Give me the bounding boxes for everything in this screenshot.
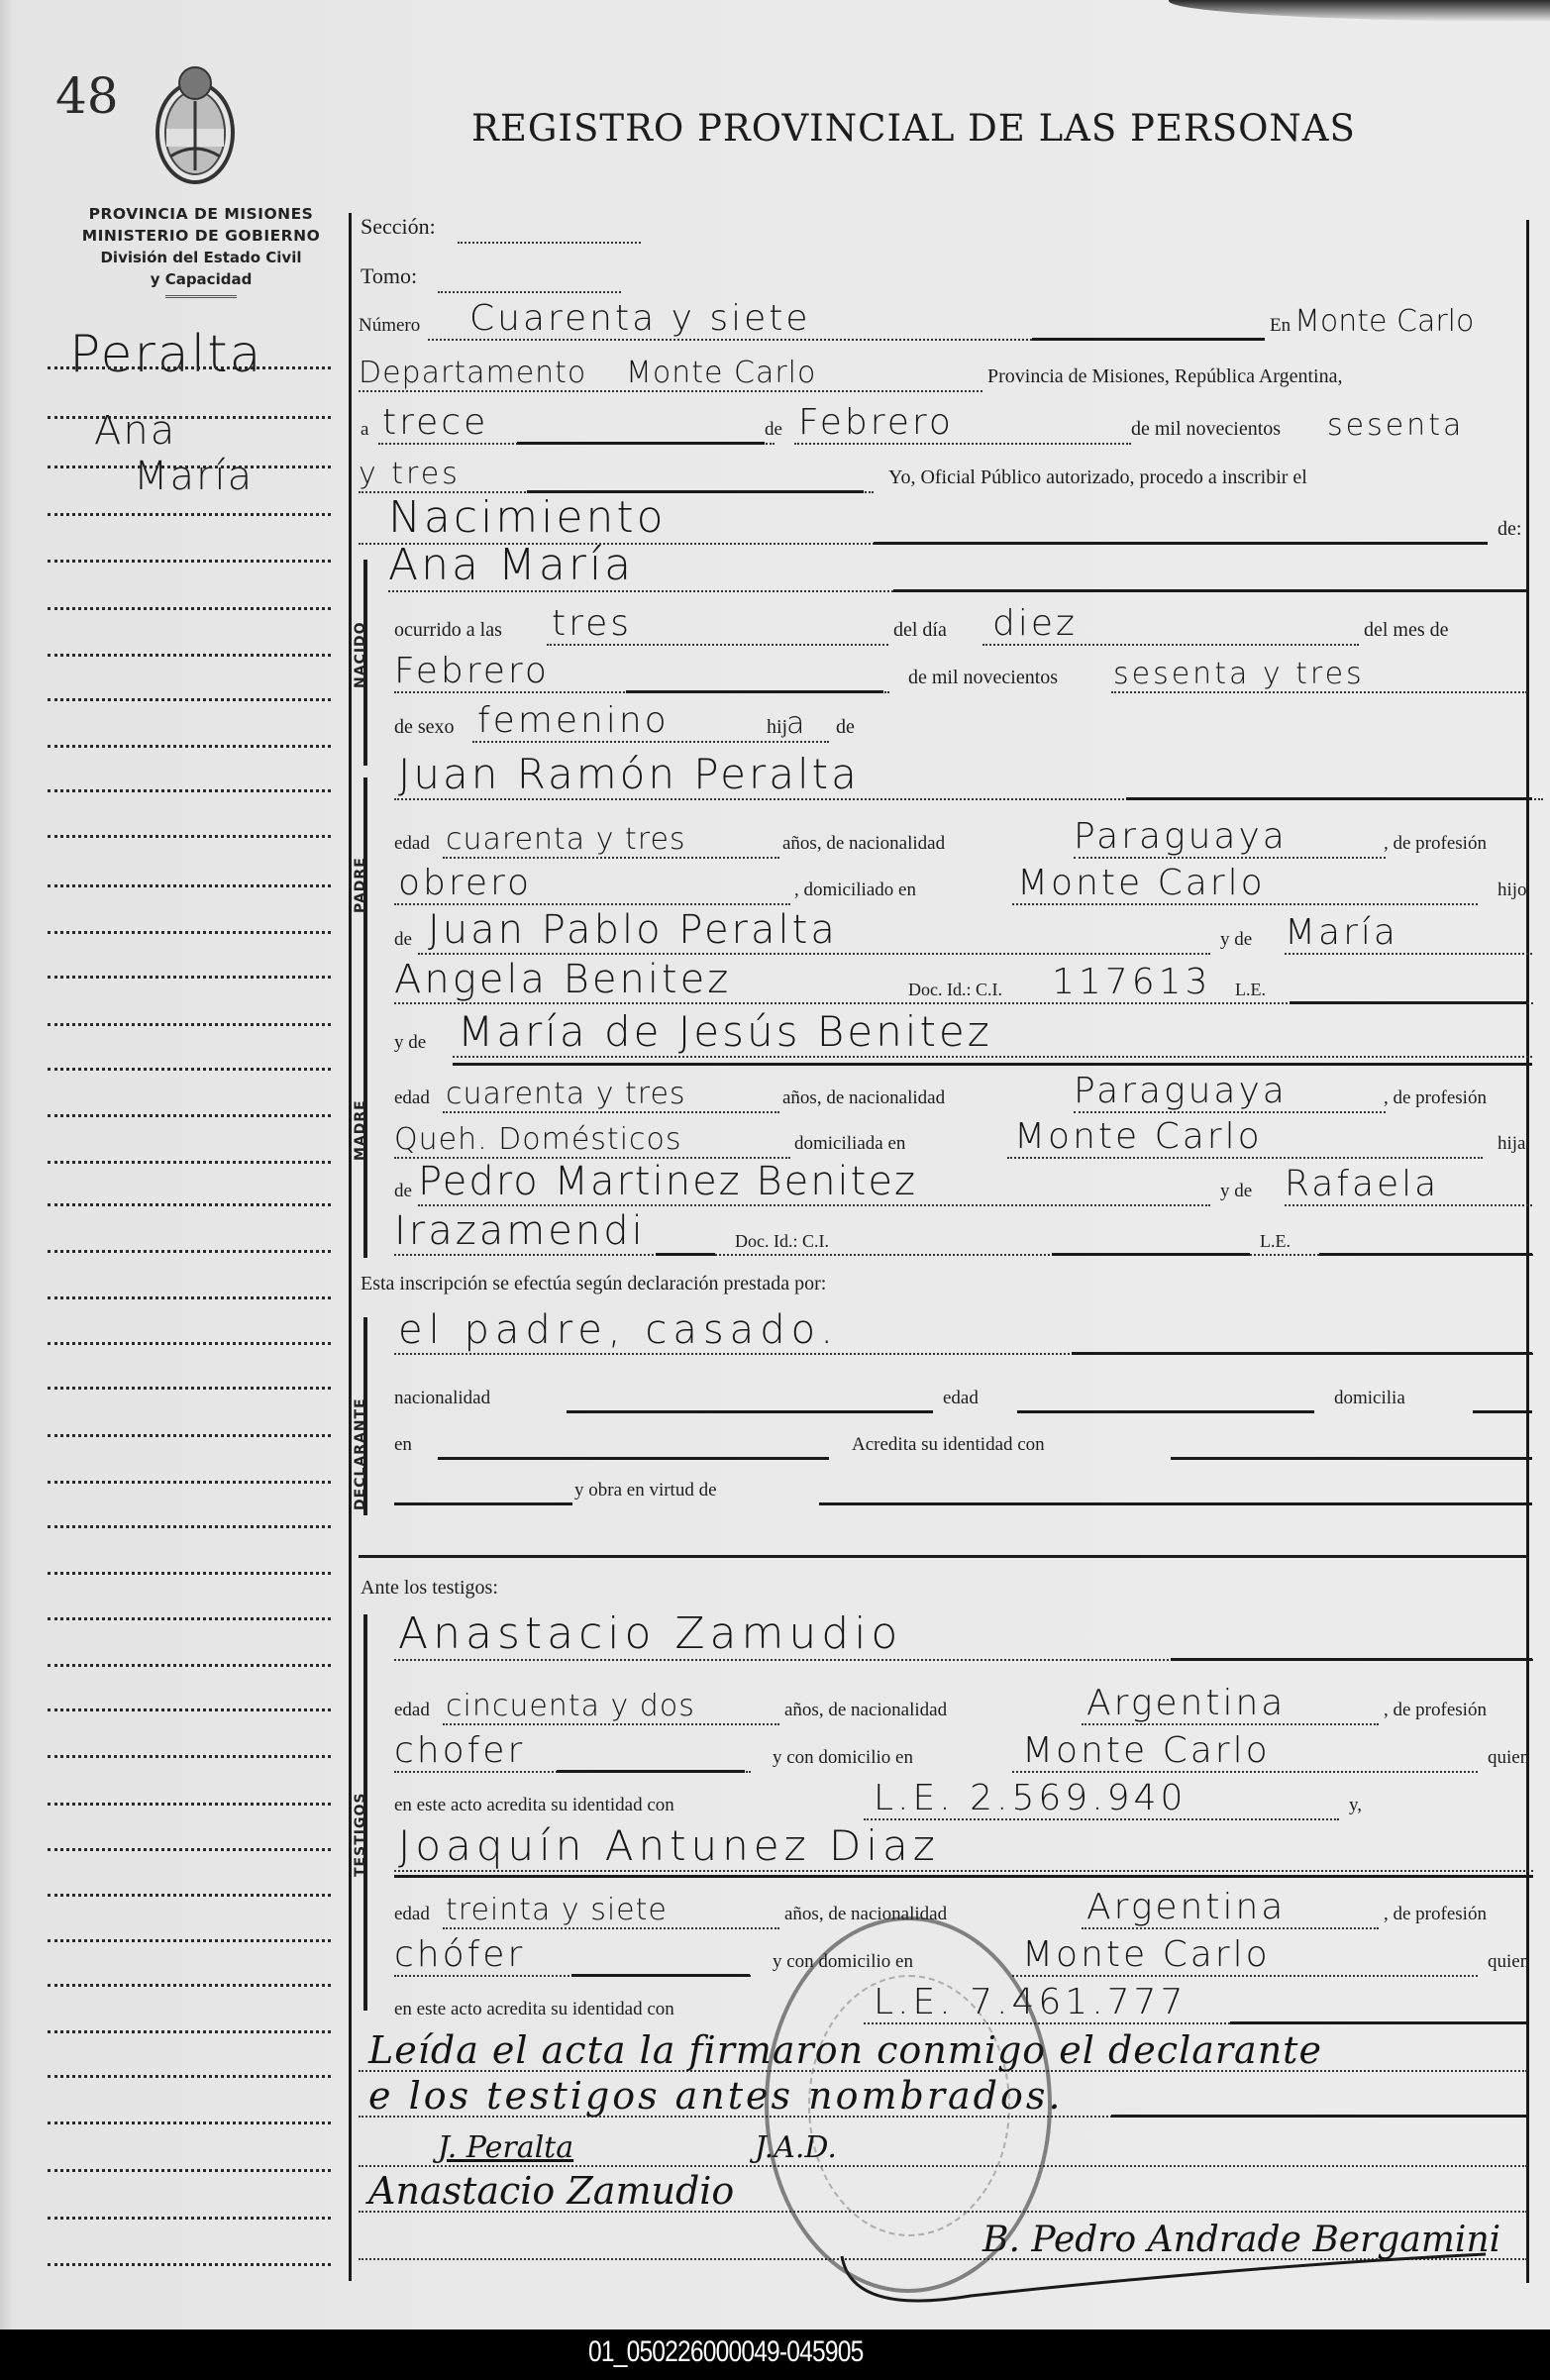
sexo-dotline — [472, 741, 829, 743]
testigo1-domicilio-label: y con domicilio en — [773, 1747, 913, 1769]
tomo-label: Tomo: — [361, 263, 417, 289]
margin-dotted-line — [48, 366, 331, 369]
margin-dotted-line — [48, 745, 331, 748]
padre-domicilio-dotline — [1012, 903, 1478, 905]
agency-underline — [165, 295, 237, 298]
civil-registry-page: 48 REGISTRO PROVINCIAL DE LAS PERSONAS P… — [0, 0, 1550, 2329]
abuelo-paterno-dotline — [418, 953, 1210, 955]
a-label: a — [361, 419, 368, 441]
mes-registro-dotline — [794, 443, 1131, 445]
margin-dotted-line — [48, 1481, 331, 1484]
declarante-obra-field[interactable] — [819, 1502, 1532, 1505]
agency-division: División del Estado Civil — [57, 247, 345, 268]
madre-doc-label: Doc. Id.: C.I. — [735, 1231, 829, 1252]
agency-province: PROVINCIA DE MISIONES — [57, 203, 345, 225]
margin-dotted-line — [48, 789, 331, 792]
nacido-nombre-underline — [893, 589, 1527, 592]
acto-value: Nacimiento — [388, 492, 667, 543]
scan-footer-bar: 01_050226000049-045905 — [0, 2329, 1550, 2380]
padre-nombre-row: Juan Ramón Peralta — [359, 751, 1524, 802]
margin-dotted-line — [48, 2169, 331, 2172]
margin-dotted-line — [48, 2217, 331, 2220]
padre-edad-dotline — [443, 857, 779, 859]
margin-dotted-line — [48, 1803, 331, 1806]
scan-image-id: 01_050226000049-045905 — [588, 2335, 863, 2369]
testigo2-doc-underline — [1230, 2021, 1527, 2024]
margin-given-name-1: Ana — [94, 408, 176, 454]
numero-underline — [1032, 338, 1265, 341]
numero-label: Número — [359, 315, 420, 337]
madre-edad-label: edad — [394, 1087, 430, 1109]
madre-nombre: María de Jesús Benitez — [458, 1007, 992, 1056]
margin-dotted-line — [48, 466, 331, 468]
testigo1-nac-dotline — [1082, 1723, 1379, 1725]
declarante-en-row: en Acredita su identidad con — [359, 1418, 1524, 1462]
abuela-materna-2: Irazamendi — [394, 1208, 646, 1254]
margin-dotted-line — [48, 698, 331, 701]
madre-edad-row: edad cuarenta y tres años, de nacionalid… — [359, 1072, 1524, 1115]
hij-label: hij — [767, 716, 787, 739]
margin-dotted-line — [48, 1068, 331, 1071]
testigo1-profesion-label: , de profesión — [1384, 1700, 1487, 1721]
madre-edad-value: cuarenta y tres — [446, 1077, 686, 1111]
nacido-nombre: Ana María — [388, 540, 634, 590]
padre-edad-row: edad cuarenta y tres años, de nacionalid… — [359, 817, 1524, 861]
margin-dotted-line — [48, 1203, 331, 1206]
declarante-domicilia-label: domicilia — [1334, 1388, 1405, 1409]
hora-row: ocurrido a las tres del día diez del mes… — [359, 604, 1524, 648]
margin-dotted-line — [48, 976, 331, 979]
testigo2-profesion-underline — [571, 1974, 750, 1977]
agency-capacity: y Capacidad — [57, 268, 345, 290]
madre-y-de-label: y de — [394, 1032, 426, 1054]
testigo2-nac-dotline — [1082, 1927, 1379, 1929]
testigo2-nacionalidad: Argentina — [1086, 1887, 1286, 1927]
margin-dotted-line — [48, 1342, 331, 1345]
padre-doc-ci: 117613 — [1052, 962, 1211, 1002]
padre-le-field[interactable] — [1290, 1001, 1527, 1004]
margin-dotted-line — [48, 1755, 331, 1758]
madre-domicilio: Monte Carlo — [1014, 1116, 1263, 1157]
padre-profesion-label: , de profesión — [1384, 833, 1487, 855]
padre-nacionalidad: Paraguaya — [1074, 816, 1288, 857]
testigo2-domicilio: Monte Carlo — [1022, 1934, 1271, 1975]
padre-domicilio-label: , domiciliado en — [794, 880, 916, 901]
abuelos-maternos-row: de Pedro Martinez Benitez y de Rafaela — [359, 1161, 1524, 1208]
mil-novecientos-label: de mil novecientos — [1131, 418, 1281, 441]
abuelo-materno: Pedro Martinez Benitez — [418, 1159, 917, 1204]
madre-hija-label: hija — [1498, 1133, 1526, 1155]
declarante-intro-row: Esta inscripción se efectúa según declar… — [359, 1266, 1524, 1301]
dia-registro-value: trece — [382, 402, 488, 443]
margin-divider — [349, 213, 352, 2281]
margin-dotted-line — [48, 1023, 331, 1026]
tomo-field[interactable] — [438, 291, 621, 293]
numero-value: Cuarenta y siete — [469, 298, 811, 339]
testigo1-anos-label: años, de nacionalidad — [784, 1700, 947, 1721]
testigo1-edad-label: edad — [394, 1700, 430, 1721]
margin-dotted-line — [48, 1434, 331, 1437]
padre-doc-label: Doc. Id.: C.I. — [908, 980, 1002, 1000]
testigo1-nacionalidad: Argentina — [1086, 1683, 1286, 1723]
margin-dotted-line — [48, 513, 331, 516]
mes-value: Febrero — [394, 651, 550, 691]
padre-le-label: L.E. — [1235, 980, 1266, 1000]
margin-dotted-line — [48, 560, 331, 563]
margin-dotted-line — [48, 931, 331, 934]
signature-testigo-1: Anastacio Zamudio — [368, 2169, 734, 2213]
abuelo-paterno: Juan Pablo Peralta — [428, 907, 838, 953]
hora-dotline — [547, 644, 888, 646]
margin-dotted-line — [48, 2121, 331, 2124]
declarante-obra-row: y obra en virtud de — [359, 1464, 1524, 1507]
declarante-acredita-label: Acredita su identidad con — [852, 1434, 1045, 1456]
mes-registro-value: Febrero — [798, 402, 954, 443]
testigo1-edad-dotline — [443, 1723, 779, 1725]
testigo2-edad-dotline — [443, 1927, 779, 1929]
margin-dotted-line — [48, 1848, 331, 1851]
issuing-agency: PROVINCIA DE MISIONES MINISTERIO DE GOBI… — [57, 203, 345, 298]
declarante-nombre-row: el padre, casado. — [359, 1305, 1524, 1357]
madre-anos-label: años, de nacionalidad — [782, 1087, 945, 1109]
padre-de-label: de — [394, 929, 412, 951]
testigo1-domicilio-dotline — [1012, 1771, 1478, 1773]
declarante-nombre: el padre, casado. — [398, 1307, 839, 1353]
declarante-nacionalidad-field[interactable] — [567, 1410, 933, 1413]
testigo2-nombre-row: Joaquín Antunez Diaz — [359, 1820, 1524, 1874]
padre-anos-label: años, de nacionalidad — [782, 833, 945, 855]
testigo1-edad-row: edad cincuenta y dos años, de nacionalid… — [359, 1684, 1524, 1727]
testigo2-edad-label: edad — [394, 1904, 430, 1925]
dia-value: diez — [992, 603, 1078, 644]
departamento-row: Departamento Monte Carlo Provincia de Mi… — [359, 349, 1524, 394]
oficial-text: Yo, Oficial Público autorizado, procedo … — [888, 466, 1307, 489]
madre-le-field[interactable] — [1319, 1253, 1532, 1256]
madre-nombre-underline — [453, 1063, 1532, 1066]
coat-of-arms-icon — [151, 61, 240, 190]
testigo2-nombre: Joaquín Antunez Diaz — [398, 1821, 940, 1870]
testigo1-profesion: chofer — [394, 1730, 525, 1771]
margin-dotted-line — [48, 884, 331, 887]
mes-anio-row: Febrero de mil novecientos sesenta y tre… — [359, 652, 1524, 695]
margin-dotted-line — [48, 1296, 331, 1299]
anio-registro-1: sesenta — [1327, 408, 1464, 443]
margin-dotted-line — [48, 1617, 331, 1620]
margin-dotted-line — [48, 2263, 331, 2266]
margin-dotted-line — [48, 607, 331, 610]
testigo1-doc: L.E. 2.569.940 — [874, 1778, 1187, 1818]
madre-nombre-dotline — [453, 1056, 1532, 1058]
numero-row: Número Cuarenta y siete En Monte Carlo — [359, 295, 1524, 343]
sexo-label: de sexo — [394, 716, 455, 739]
nacido-nombre-row: Ana María — [359, 545, 1524, 594]
dia-dotline — [982, 644, 1359, 646]
sexo-value: femenino — [477, 700, 670, 741]
margin-dotted-line — [48, 2030, 331, 2033]
madre-nac-dotline — [1074, 1111, 1386, 1113]
testigo1-domicilio-row: chofer y con domicilio en Monte Carlo qu… — [359, 1731, 1524, 1775]
madre-profesion-row: Queh. Domésticos domiciliada en Monte Ca… — [359, 1117, 1524, 1161]
padre-profesion: obrero — [398, 863, 532, 903]
hora-value: tres — [552, 603, 632, 644]
declarante-intro: Esta inscripción se efectúa según declar… — [361, 1273, 826, 1295]
testigo2-edad: treinta y siete — [446, 1893, 668, 1927]
tomo-row: Tomo: — [359, 256, 1524, 295]
margin-dotted-line — [48, 416, 331, 419]
padre-nombre-underline — [1126, 797, 1532, 800]
testigo1-nombre-row: Anastacio Zamudio — [359, 1609, 1524, 1663]
padre-profesion-dotline — [394, 903, 790, 905]
declarante-edad-field[interactable] — [1017, 1410, 1314, 1413]
sexo-row: de sexo femenino hij a de — [359, 701, 1524, 745]
declarante-en-label: en — [394, 1434, 412, 1456]
margin-dotted-line — [48, 1939, 331, 1942]
declarante-edad-label: edad — [943, 1388, 979, 1409]
dia-registro-underline — [517, 442, 765, 445]
page-edge-shadow — [1169, 0, 1550, 22]
form-right-border — [1526, 220, 1529, 2283]
madre-ci-field[interactable] — [1052, 1253, 1250, 1256]
declarante-bottom-rule — [359, 1555, 1527, 1558]
anio-dotline — [1111, 691, 1527, 693]
padre-nac-dotline — [1074, 857, 1386, 859]
testigo2-profesion: chófer — [394, 1934, 525, 1975]
margin-dotted-line — [48, 1114, 331, 1117]
padre-edad-label: edad — [394, 833, 430, 855]
abuelo-materno-dotline — [418, 1204, 1210, 1206]
madre-nombre-row: y de María de Jesús Benitez — [359, 1008, 1524, 1060]
padre-doc-row: Angela Benitez Doc. Id.: C.I. 117613 L.E… — [359, 959, 1524, 1006]
testigo2-nombre-dotline — [394, 1870, 1533, 1872]
hij-suffix: a — [786, 706, 807, 741]
ocurrido-label: ocurrido a las — [394, 619, 502, 642]
provincia-text: Provincia de Misiones, República Argenti… — [987, 365, 1342, 388]
agency-ministry: MINISTERIO DE GOBIERNO — [57, 225, 345, 247]
testigo1-domicilio: Monte Carlo — [1022, 1730, 1271, 1771]
margin-dotted-line — [48, 1250, 331, 1253]
abuela-paterna-2: Angela Benitez — [394, 957, 731, 1002]
testigo1-y-label: y, — [1349, 1795, 1362, 1816]
abuela-paterna-dotline — [1285, 953, 1532, 955]
madre-le-label: L.E. — [1260, 1231, 1291, 1252]
margin-dotted-line — [48, 1387, 331, 1390]
padre-domicilio: Monte Carlo — [1017, 863, 1266, 903]
margin-dotted-line — [48, 1161, 331, 1164]
padre-edad-value: cuarenta y tres — [446, 822, 686, 857]
margin-dotted-line — [48, 1525, 331, 1528]
margin-dotted-line — [48, 1664, 331, 1667]
signature-flourish-icon — [555, 2246, 1505, 2326]
closing-underline-2 — [1111, 2115, 1527, 2118]
testigo2-profesion-label: , de profesión — [1384, 1904, 1487, 1925]
testigo1-edad: cincuenta y dos — [446, 1689, 695, 1723]
testigos-intro: Ante los testigos: — [361, 1577, 498, 1600]
abuela-materna-1: Rafaela — [1285, 1164, 1439, 1204]
document-title: REGISTRO PROVINCIAL DE LAS PERSONAS — [471, 107, 1356, 150]
testigos-intro-row: Ante los testigos: — [359, 1570, 1524, 1605]
mes-underline — [626, 690, 883, 693]
testigo1-nombre: Anastacio Zamudio — [398, 1608, 902, 1659]
padre-nombre: Juan Ramón Peralta — [398, 750, 860, 798]
declarante-nacionalidad-label: nacionalidad — [394, 1388, 490, 1409]
madre-de-label: de — [394, 1181, 412, 1202]
padre-profesion-row: obrero , domiciliado en Monte Carlo hijo — [359, 864, 1524, 907]
oficial-row: y tres Yo, Oficial Público autorizado, p… — [359, 454, 1524, 495]
declarante-en-field[interactable] — [438, 1457, 829, 1460]
testigo2-domicilio-dotline — [1012, 1975, 1478, 1977]
en-value: Monte Carlo — [1294, 304, 1474, 339]
madre-y-de-label-2: y de — [1220, 1181, 1252, 1202]
testigo1-quien-label: quien — [1488, 1747, 1529, 1769]
margin-given-name-2: María — [134, 454, 254, 499]
fecha-registro-row: a trece de Febrero de mil novecientos se… — [359, 401, 1524, 447]
margin-dotted-line — [48, 1572, 331, 1575]
nacido-de-label: de — [836, 716, 855, 739]
abuelos-paternos-row: de Juan Pablo Peralta y de María — [359, 909, 1524, 957]
margin-dotted-line — [48, 1984, 331, 1987]
departamento-dotline — [359, 390, 982, 392]
madre-doc-row: Irazamendi Doc. Id.: C.I. L.E. — [359, 1210, 1524, 1258]
signature-declarante: J. Peralta — [438, 2130, 573, 2165]
abuela-paterna-1: María — [1285, 912, 1398, 953]
abuela-materna-underline — [656, 1253, 715, 1256]
departamento-label: Departamento — [359, 356, 586, 390]
madre-edad-dotline — [443, 1111, 779, 1113]
official-stamp — [765, 1916, 1052, 2293]
seccion-field[interactable] — [458, 242, 641, 244]
madre-domicilio-dotline — [1007, 1157, 1483, 1159]
declarante-nacionalidad-row: nacionalidad edad domicilia — [359, 1372, 1524, 1415]
en-label: En — [1270, 315, 1291, 337]
madre-nacionalidad: Paraguaya — [1074, 1071, 1288, 1111]
del-dia-label: del día — [893, 619, 947, 642]
margin-dotted-line — [48, 1894, 331, 1897]
madre-profesion-label: , de profesión — [1384, 1087, 1487, 1109]
anio-registro-2: y tres — [359, 457, 461, 491]
del-mes-label: del mes de — [1364, 619, 1449, 642]
madre-domicilio-label: domiciliada en — [794, 1133, 905, 1155]
margin-dotted-line — [48, 654, 331, 657]
padre-hijo-label: hijo — [1498, 880, 1527, 901]
testigo1-acredita-label: en este acto acredita su identidad con — [394, 1795, 674, 1816]
margin-dotted-line — [48, 2075, 331, 2078]
margin-surname: Peralta — [69, 325, 262, 384]
seccion-label: Sección: — [361, 214, 436, 240]
testigo1-profesion-underline — [557, 1770, 745, 1773]
seccion-row: Sección: — [359, 206, 1524, 246]
testigo1-doc-row: en este acto acredita su identidad con L… — [359, 1779, 1524, 1822]
testigo2-acredita-label: en este acto acredita su identidad con — [394, 1999, 674, 2020]
folio-number: 48 — [55, 67, 119, 125]
de-label: de — [765, 419, 782, 441]
declarante-acredita-field[interactable] — [1171, 1457, 1532, 1460]
padre-y-de-label: y de — [1220, 929, 1252, 951]
declarante-obra-prefix-field[interactable] — [394, 1502, 572, 1505]
testigo1-nombre-underline — [1171, 1658, 1532, 1661]
mil-novecientos-nac-label: de mil novecientos — [908, 667, 1058, 689]
declarante-nombre-underline — [1072, 1352, 1532, 1355]
de-colon-label: de: — [1498, 518, 1521, 541]
abuela-materna-dotline — [1285, 1204, 1532, 1206]
margin-dotted-line — [48, 1708, 331, 1711]
madre-profesion: Queh. Domésticos — [394, 1122, 682, 1157]
declarante-obra-label: y obra en virtud de — [574, 1480, 717, 1501]
testigo2-quien-label: quien — [1488, 1951, 1529, 1973]
testigo2-nombre-underline — [394, 1875, 1533, 1878]
margin-dotted-line — [48, 835, 331, 838]
departamento-value: Monte Carlo — [626, 356, 816, 390]
anio-value: sesenta y tres — [1113, 657, 1365, 691]
declarante-domicilia-field[interactable] — [1473, 1410, 1532, 1413]
